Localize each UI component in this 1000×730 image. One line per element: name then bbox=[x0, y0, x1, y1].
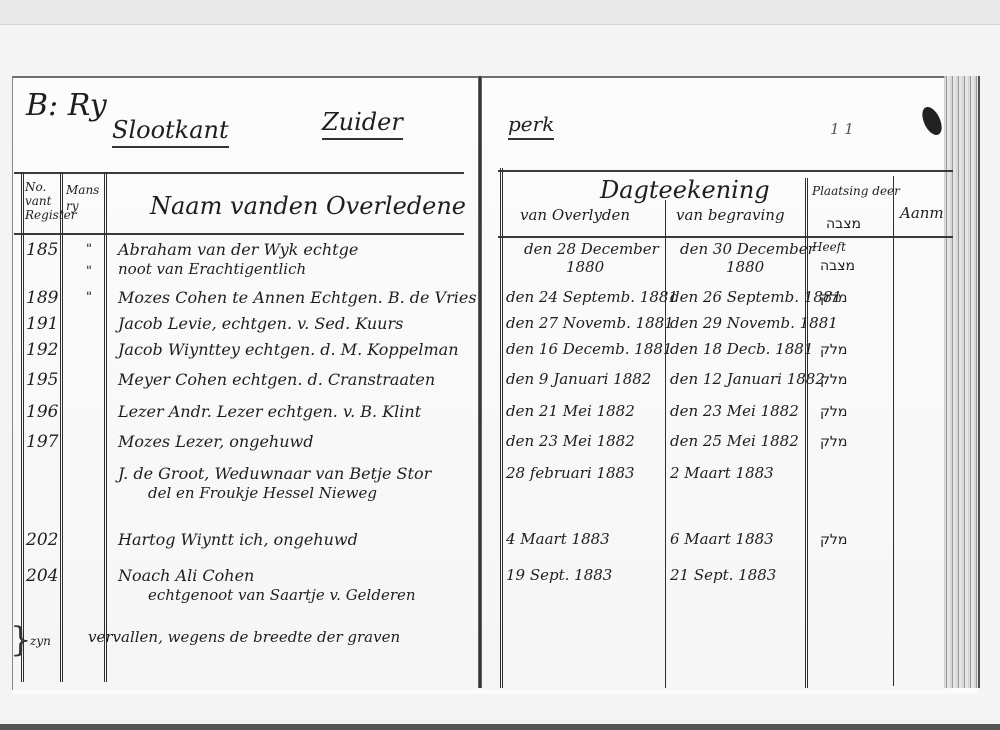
date-of-death: den 24 Septemb. 1881 bbox=[506, 288, 678, 306]
page-edges bbox=[944, 76, 980, 688]
date-of-burial: den 29 Novemb. 1881 bbox=[670, 314, 838, 332]
date-of-death: den 28 December bbox=[524, 240, 659, 258]
date-of-burial: 21 Sept. 1883 bbox=[670, 566, 776, 584]
gravestone-mark: מלק bbox=[820, 342, 847, 358]
deceased-name: Jacob Levie, echtgen. v. Sed. Kuurs bbox=[118, 314, 403, 333]
row-mark: " bbox=[86, 290, 92, 305]
date-of-burial: 6 Maart 1883 bbox=[670, 530, 774, 548]
column-header-remarks: Aanm bbox=[900, 204, 944, 222]
deceased-name-continued: del en Froukje Hessel Nieweg bbox=[148, 484, 377, 502]
date-of-death: den 21 Mei 1882 bbox=[506, 402, 635, 420]
scan-bottom-edge bbox=[0, 724, 1000, 730]
register-number: 196 bbox=[26, 402, 58, 422]
column-header-dating: Dagteekening bbox=[600, 176, 770, 204]
column-rule bbox=[104, 172, 110, 682]
section-middle-title: Zuider bbox=[322, 108, 403, 140]
date-of-burial: den 12 Januari 1882 bbox=[670, 370, 825, 388]
date-of-burial: 2 Maart 1883 bbox=[670, 464, 774, 482]
column-header-gravestone-hebrew: מצבה bbox=[826, 216, 861, 232]
column-header-name: Naam vanden Overledene bbox=[150, 192, 466, 220]
deceased-name: Meyer Cohen echtgen. d. Cranstraaten bbox=[118, 370, 435, 389]
header-top-rule-right bbox=[498, 170, 953, 172]
date-of-death: den 27 Novemb. 1881 bbox=[506, 314, 674, 332]
footnote-prefix: zyn bbox=[30, 634, 51, 648]
scan-top-margin bbox=[0, 0, 1000, 25]
deceased-name: Lezer Andr. Lezer echtgen. v. B. Klint bbox=[118, 402, 421, 421]
column-header-row: Mans ry bbox=[66, 182, 102, 214]
date-of-death: den 9 Januari 1882 bbox=[506, 370, 651, 388]
date-of-burial: den 30 December bbox=[680, 240, 815, 258]
date-of-burial: den 25 Mei 1882 bbox=[670, 432, 799, 450]
register-number: 204 bbox=[26, 566, 58, 586]
gravestone-mark: מלק bbox=[820, 404, 847, 420]
column-rule bbox=[893, 176, 894, 686]
column-header-death: van Overlyden bbox=[520, 206, 630, 224]
register-number: 189 bbox=[26, 288, 58, 308]
register-number: 202 bbox=[26, 530, 58, 550]
column-header-gravestone: Plaatsing deer bbox=[812, 184, 900, 198]
date-of-death-year: 1880 bbox=[566, 258, 604, 276]
footnote-brace: } bbox=[10, 620, 32, 660]
gravestone-mark: מלק bbox=[820, 532, 847, 548]
column-rule bbox=[665, 200, 666, 688]
date-of-death: 19 Sept. 1883 bbox=[506, 566, 612, 584]
register-number: 197 bbox=[26, 432, 58, 452]
gravestone-mark: מלק bbox=[820, 434, 847, 450]
deceased-name-continued: echtgenoot van Saartje v. Gelderen bbox=[148, 586, 416, 604]
date-of-death: den 16 Decemb. 1881 bbox=[506, 340, 672, 358]
section-left-title: Slootkant bbox=[112, 116, 229, 148]
column-header-burial: van begraving bbox=[676, 206, 785, 224]
deceased-name: Mozes Cohen te Annen Echtgen. B. de Vrie… bbox=[118, 288, 477, 307]
gravestone-mark: מלק bbox=[820, 372, 847, 388]
deceased-name: J. de Groot, Weduwnaar van Betje Stor bbox=[118, 464, 431, 483]
deceased-name: Jacob Wiynttey echtgen. d. M. Koppelman bbox=[118, 340, 459, 359]
deceased-name: Hartog Wiyntt ich, ongehuwd bbox=[118, 530, 358, 549]
column-header-register-no: No. vant Register bbox=[25, 180, 61, 222]
date-of-burial-year: 1880 bbox=[726, 258, 764, 276]
gravestone-mark: מלק bbox=[820, 290, 847, 306]
date-of-burial: den 23 Mei 1882 bbox=[670, 402, 799, 420]
date-of-death: 28 februari 1883 bbox=[506, 464, 635, 482]
register-number: 195 bbox=[26, 370, 58, 390]
register-number: 185 bbox=[26, 240, 58, 260]
row-mark: " bbox=[86, 242, 92, 257]
column-rule bbox=[60, 172, 66, 682]
register-number: 191 bbox=[26, 314, 58, 334]
gravestone-hebrew: מצבה bbox=[820, 258, 855, 274]
header-bottom-rule bbox=[14, 233, 464, 235]
header-bottom-rule-right bbox=[498, 236, 953, 238]
date-of-death: 4 Maart 1883 bbox=[506, 530, 610, 548]
page-marker: B: Ry bbox=[26, 88, 107, 123]
deceased-name: Noach Ali Cohen bbox=[118, 566, 254, 585]
register-number: 192 bbox=[26, 340, 58, 360]
gravestone-note: Heeft bbox=[812, 240, 846, 254]
footnote-text: vervallen, wegens de breedte der graven bbox=[88, 628, 400, 646]
deceased-name-continued: noot van Erachtigentlich bbox=[118, 260, 306, 278]
column-rule bbox=[500, 168, 506, 688]
page-number: 1 1 bbox=[830, 120, 854, 138]
header-top-rule bbox=[14, 172, 464, 174]
date-of-death: den 23 Mei 1882 bbox=[506, 432, 635, 450]
date-of-burial: den 26 Septemb. 1881 bbox=[670, 288, 842, 306]
deceased-name: Abraham van der Wyk echtge bbox=[118, 240, 358, 259]
row-mark: " bbox=[86, 264, 92, 279]
date-of-burial: den 18 Decb. 1881 bbox=[670, 340, 813, 358]
section-right-title: perk bbox=[508, 112, 554, 140]
deceased-name: Mozes Lezer, ongehuwd bbox=[118, 432, 313, 451]
